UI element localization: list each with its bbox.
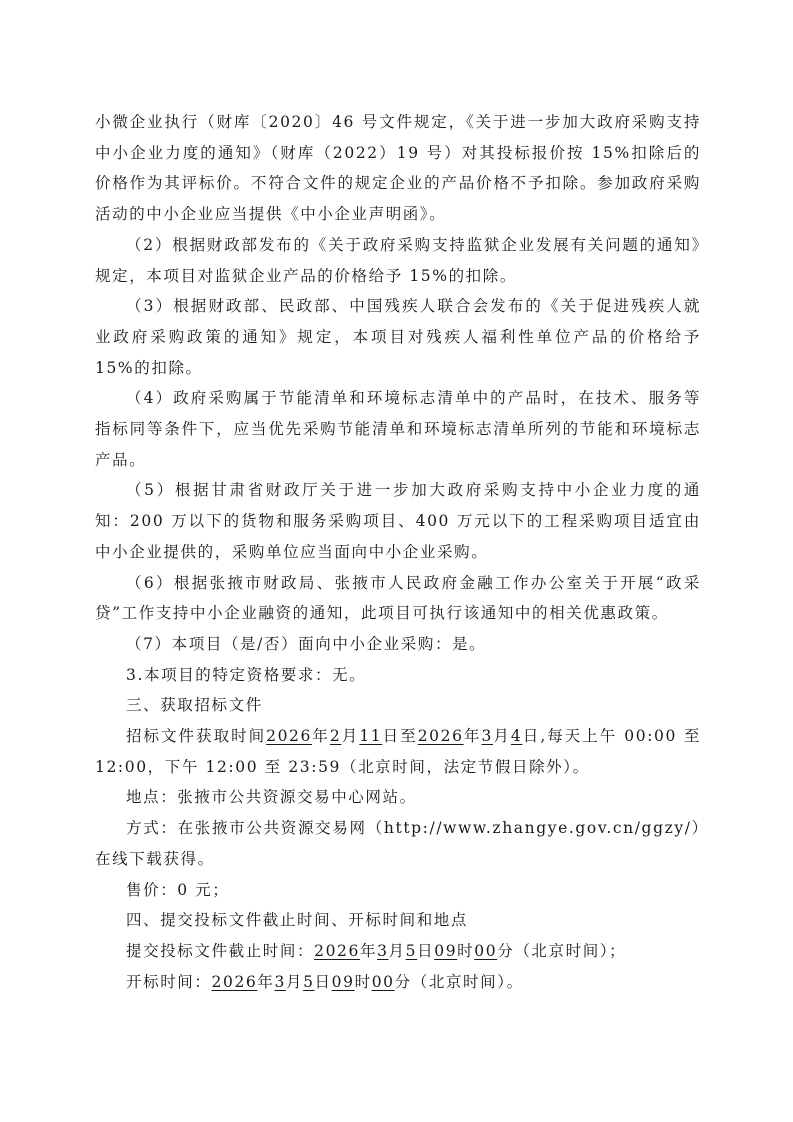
text-segment: 月 [286, 973, 303, 991]
underlined-value: 2026 [418, 727, 464, 745]
paragraph-p4-energy: （4）政府采购属于节能清单和环境标志清单中的产品时，在技术、服务等指标同等条件下… [95, 383, 701, 475]
text-segment: 分（北京时间）； [497, 942, 626, 960]
text-segment: 地点：张掖市公共资源交易中心网站。 [126, 788, 417, 806]
paragraph-p1-continued: 小微企业执行（财库〔2020〕46 号文件规定，《关于进一步加大政府采购支持中小… [95, 107, 701, 230]
text-segment: 提交投标文件截止时间： [126, 942, 314, 960]
text-segment: 日 [417, 942, 434, 960]
paragraph-p3-disabled: （3）根据财政部、民政部、中国残疾人联合会发布的《关于促进残疾人就业政府采购政策… [95, 291, 701, 383]
underlined-value: 2026 [266, 727, 312, 745]
text-segment: 年 [360, 942, 377, 960]
text-segment: 售价：0 元； [126, 881, 230, 899]
text-segment: 月 [493, 727, 511, 745]
document-page: 小微企业执行（财库〔2020〕46 号文件规定，《关于进一步加大政府采购支持中小… [95, 107, 701, 997]
paragraph-h3-obtain: 三、获取招标文件 [95, 690, 701, 721]
paragraph-p2-prison: （2）根据财政部发布的《关于政府采购支持监狱企业发展有关问题的通知》规定，本项目… [95, 230, 701, 291]
underlined-value: 5 [303, 973, 314, 991]
underlined-value: 2026 [212, 973, 258, 991]
paragraph-h4-submit: 四、提交投标文件截止时间、开标时间和地点 [95, 905, 701, 936]
text-segment: 日至 [382, 727, 417, 745]
underlined-value: 2026 [314, 942, 360, 960]
text-segment: 年 [257, 973, 274, 991]
text-segment: 开标时间： [126, 973, 212, 991]
text-segment: （4）政府采购属于节能清单和环境标志清单中的产品时，在技术、服务等指标同等条件下… [95, 389, 701, 468]
underlined-value: 3 [377, 942, 388, 960]
text-segment: 分（北京时间）。 [395, 973, 524, 991]
underlined-value: 00 [372, 973, 395, 991]
underlined-value: 09 [332, 973, 355, 991]
text-segment: 年 [312, 727, 330, 745]
underlined-value: 11 [359, 727, 382, 745]
paragraph-p11-method: 方式：在张掖市公共资源交易网（http://www.zhangye.gov.cn… [95, 813, 701, 874]
text-segment: 小微企业执行（财库〔2020〕46 号文件规定，《关于进一步加大政府采购支持中小… [95, 113, 701, 223]
text-segment: 月 [389, 942, 406, 960]
text-segment: 招标文件获取时间 [126, 727, 266, 745]
paragraph-p8-qualification: 3.本项目的特定资格要求：无。 [95, 660, 701, 691]
paragraph-p7-sme: （7）本项目（是/否）面向中小企业采购：是。 [95, 629, 701, 660]
paragraph-p12-price: 售价：0 元； [95, 875, 701, 906]
underlined-value: 4 [511, 727, 522, 745]
text-segment: 四、提交投标文件截止时间、开标时间和地点 [126, 911, 468, 929]
text-segment: 方式：在张掖市公共资源交易网（http://www.zhangye.gov.cn… [95, 819, 701, 868]
text-segment: （5）根据甘肃省财政厅关于进一步加大政府采购支持中小企业力度的通知：200 万以… [95, 481, 701, 560]
text-segment: 时 [457, 942, 474, 960]
underlined-value: 2 [330, 727, 341, 745]
underlined-value: 5 [406, 942, 417, 960]
underlined-value: 09 [434, 942, 457, 960]
text-segment: （2）根据财政部发布的《关于政府采购支持监狱企业发展有关问题的通知》规定，本项目… [95, 236, 701, 285]
text-segment: （6）根据张掖市财政局、张掖市人民政府金融工作办公室关于开展“政采贷”工作支持中… [95, 574, 701, 623]
paragraph-p5-gansu: （5）根据甘肃省财政厅关于进一步加大政府采购支持中小企业力度的通知：200 万以… [95, 475, 701, 567]
text-segment: （7）本项目（是/否）面向中小企业采购：是。 [126, 635, 486, 653]
text-segment: 3.本项目的特定资格要求：无。 [126, 666, 366, 684]
paragraph-p13-deadline: 提交投标文件截止时间：2026年3月5日09时00分（北京时间）； [95, 936, 701, 967]
underlined-value: 3 [482, 727, 493, 745]
text-segment: 月 [341, 727, 359, 745]
text-segment: 时 [355, 973, 372, 991]
paragraph-p10-location: 地点：张掖市公共资源交易中心网站。 [95, 782, 701, 813]
text-segment: 日 [315, 973, 332, 991]
text-segment: （3）根据财政部、民政部、中国残疾人联合会发布的《关于促进残疾人就业政府采购政策… [95, 297, 708, 376]
text-segment: 三、获取招标文件 [126, 696, 263, 714]
text-segment: 年 [464, 727, 482, 745]
paragraph-p9-obtain-time: 招标文件获取时间2026年2月11日至2026年3月4日,每天上午 00:00 … [95, 721, 701, 782]
paragraph-p14-opening: 开标时间：2026年3月5日09时00分（北京时间）。 [95, 967, 701, 998]
underlined-value: 3 [274, 973, 285, 991]
underlined-value: 00 [474, 942, 497, 960]
paragraph-p6-zhangye: （6）根据张掖市财政局、张掖市人民政府金融工作办公室关于开展“政采贷”工作支持中… [95, 568, 701, 629]
